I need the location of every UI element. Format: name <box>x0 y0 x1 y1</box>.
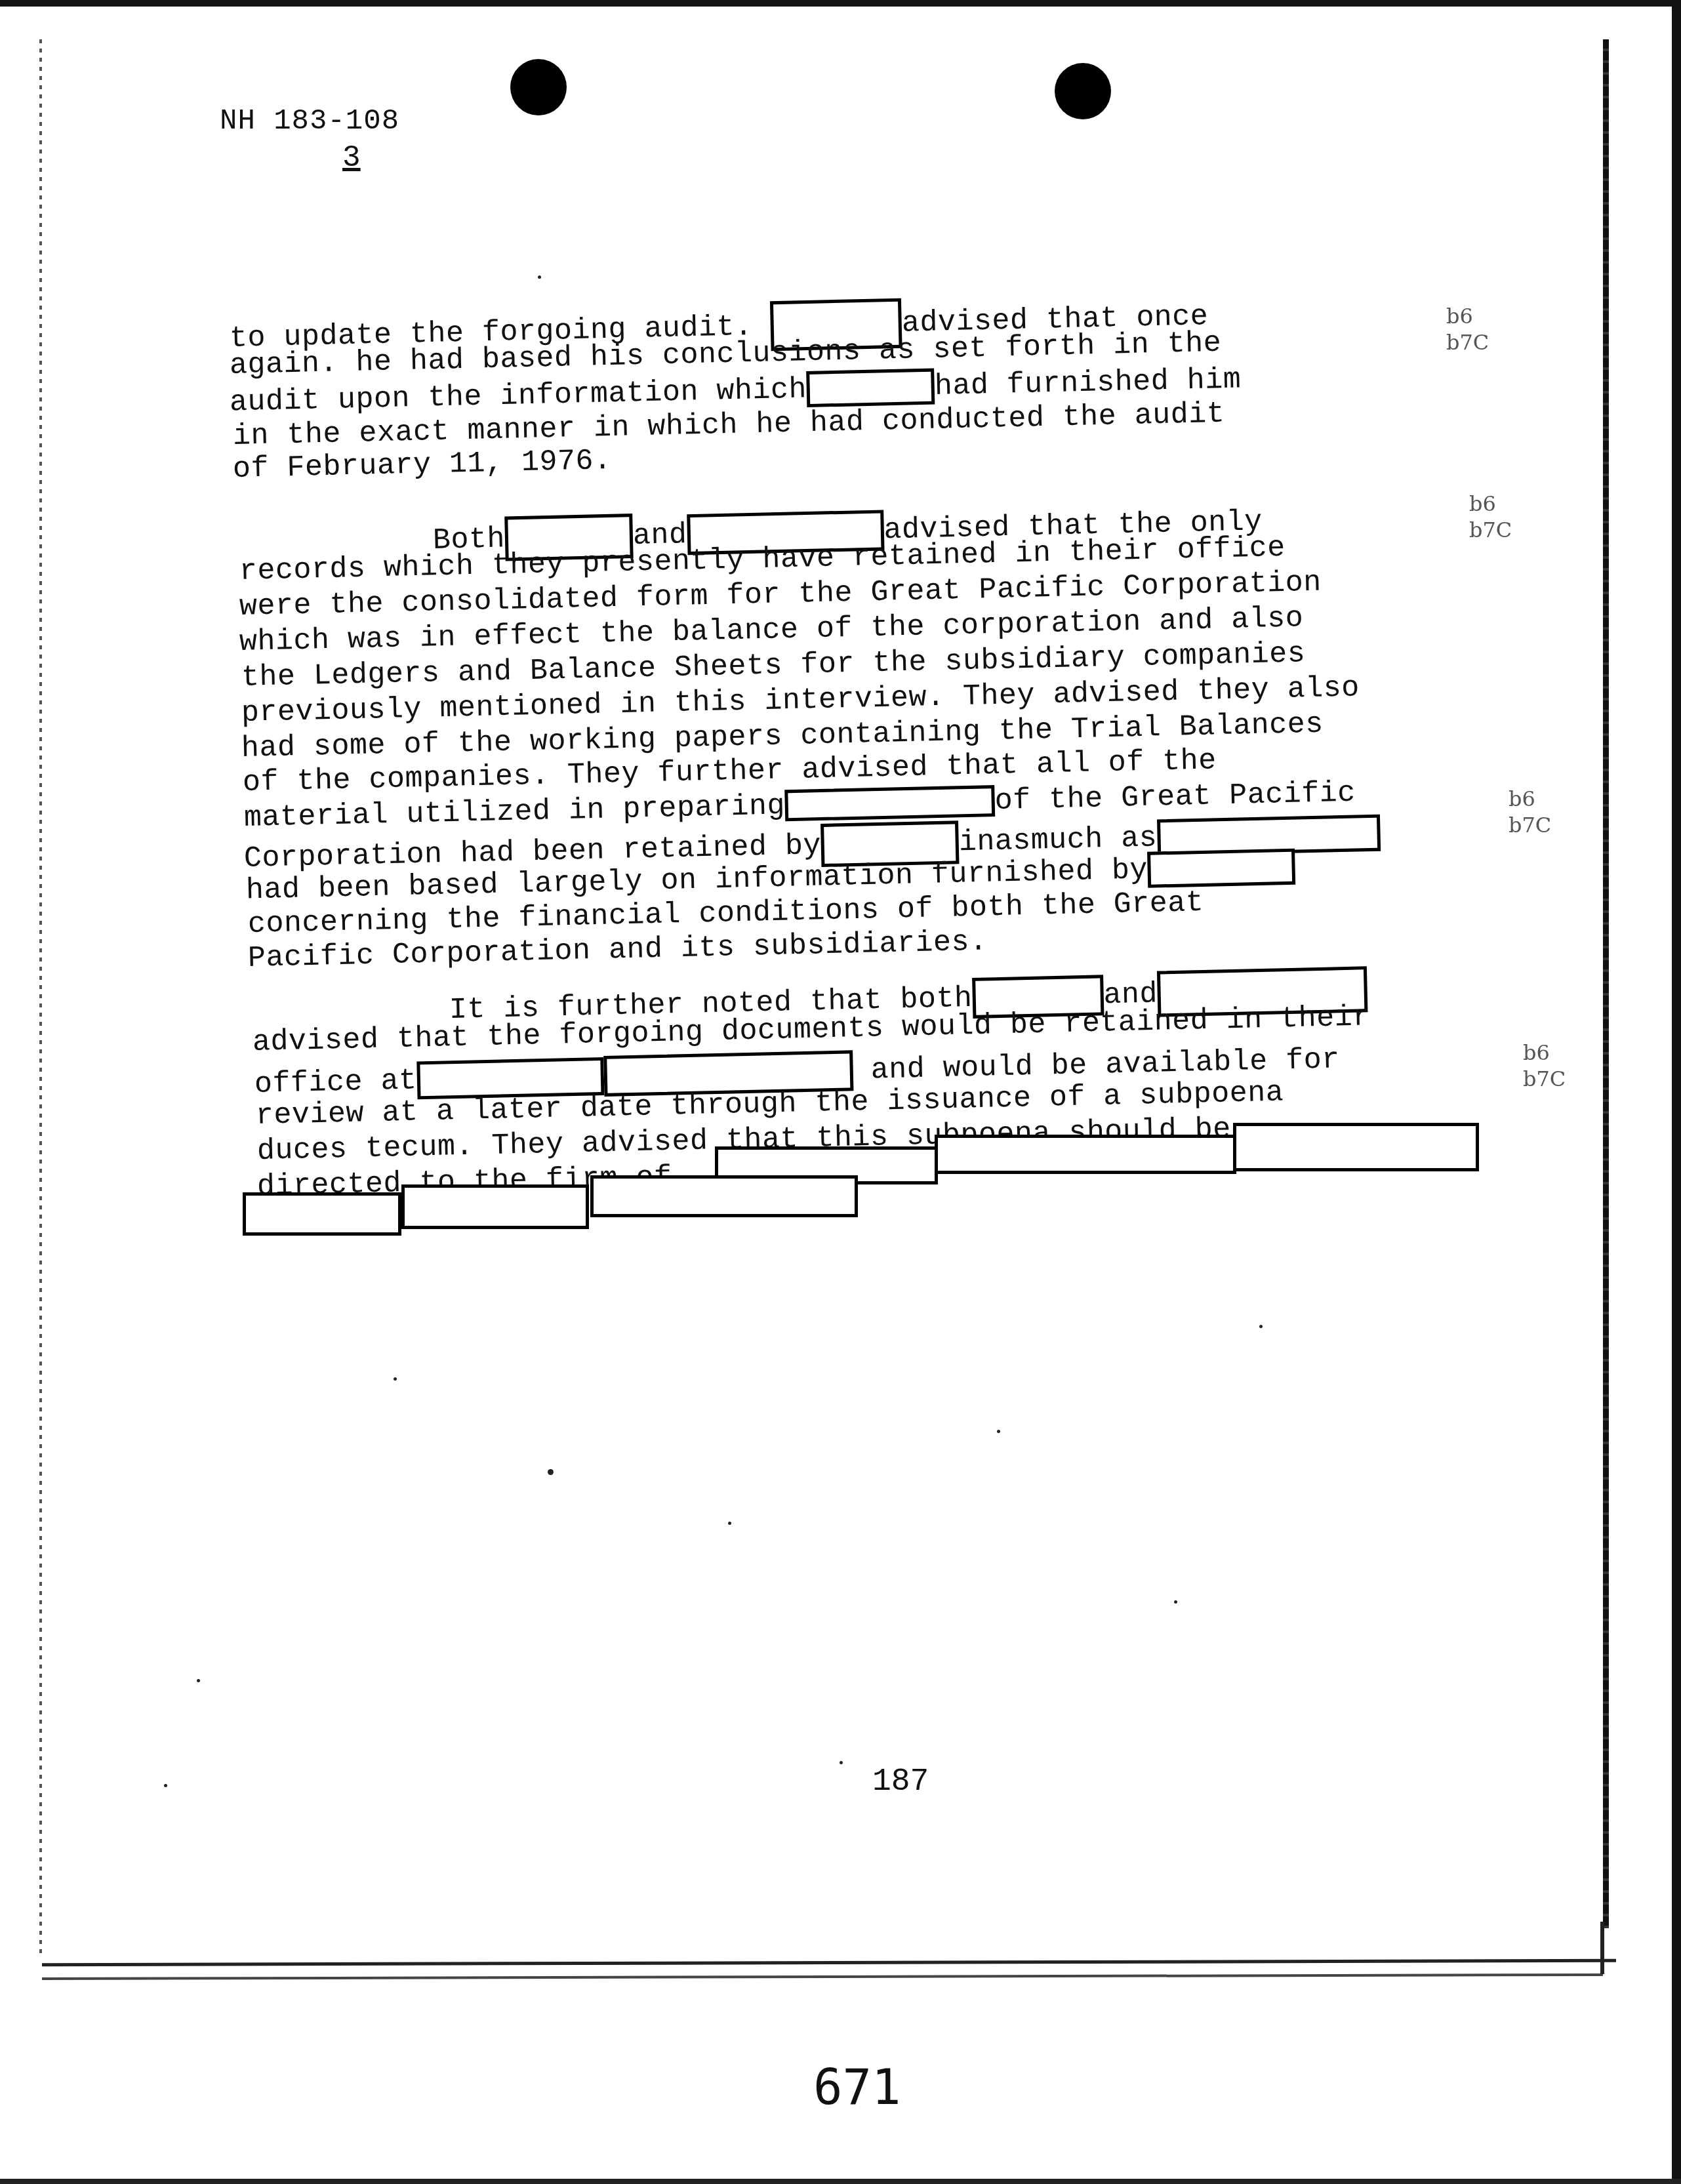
exemption-codes-3: b6 b7C <box>1509 786 1551 838</box>
scan-speck <box>1174 1600 1177 1604</box>
page-number: 187 <box>872 1764 929 1800</box>
page-border-left <box>39 39 42 1954</box>
page-border-corner <box>1600 1922 1604 1974</box>
redaction-box <box>243 1192 401 1236</box>
exemption-b7c: b7C <box>1469 517 1512 543</box>
scan-speck <box>197 1679 200 1682</box>
document-page: NH 183-108 3 to update the forgoing audi… <box>0 0 1681 2184</box>
exemption-b6: b6 <box>1469 491 1512 517</box>
scan-speck <box>394 1377 397 1381</box>
scan-edge-right <box>1672 0 1681 2184</box>
redaction-box <box>806 369 935 407</box>
exemption-codes-2: b6 b7C <box>1469 491 1512 543</box>
exemption-b6: b6 <box>1446 303 1489 329</box>
redaction-box <box>401 1184 589 1229</box>
exemption-codes-1: b6 b7C <box>1446 303 1489 355</box>
exemption-b6: b6 <box>1523 1040 1566 1066</box>
exemption-b6: b6 <box>1509 786 1551 812</box>
page-border-right <box>1603 39 1609 1928</box>
scan-speck <box>1259 1325 1263 1328</box>
exemption-b7c: b7C <box>1446 329 1489 355</box>
scan-speck <box>728 1522 731 1525</box>
text-span: of the Great Pacific <box>994 777 1356 818</box>
redaction-box <box>1147 849 1295 888</box>
punch-hole-right <box>1055 63 1111 119</box>
exemption-b7c: b7C <box>1523 1066 1566 1092</box>
exemption-b7c: b7C <box>1509 812 1551 838</box>
redaction-box <box>935 1135 1236 1174</box>
page-sub-number: 3 <box>342 141 361 175</box>
serial-number: 671 <box>813 2059 901 2116</box>
scan-speck <box>164 1784 167 1787</box>
scan-edge-bottom <box>0 2179 1681 2184</box>
scan-speck <box>538 275 541 279</box>
scan-speck <box>840 1761 843 1764</box>
redaction-box <box>784 785 995 821</box>
scan-speck <box>548 1469 554 1475</box>
exemption-codes-4: b6 b7C <box>1523 1040 1566 1092</box>
redaction-box <box>590 1175 858 1217</box>
redaction-box <box>1233 1123 1479 1171</box>
punch-hole-left <box>510 59 567 115</box>
file-number: NH 183-108 <box>220 105 399 138</box>
page-border-bottom-inner <box>42 1973 1603 1980</box>
scan-speck <box>997 1430 1000 1433</box>
page-border-bottom <box>42 1959 1616 1966</box>
scan-edge-top <box>0 0 1681 7</box>
